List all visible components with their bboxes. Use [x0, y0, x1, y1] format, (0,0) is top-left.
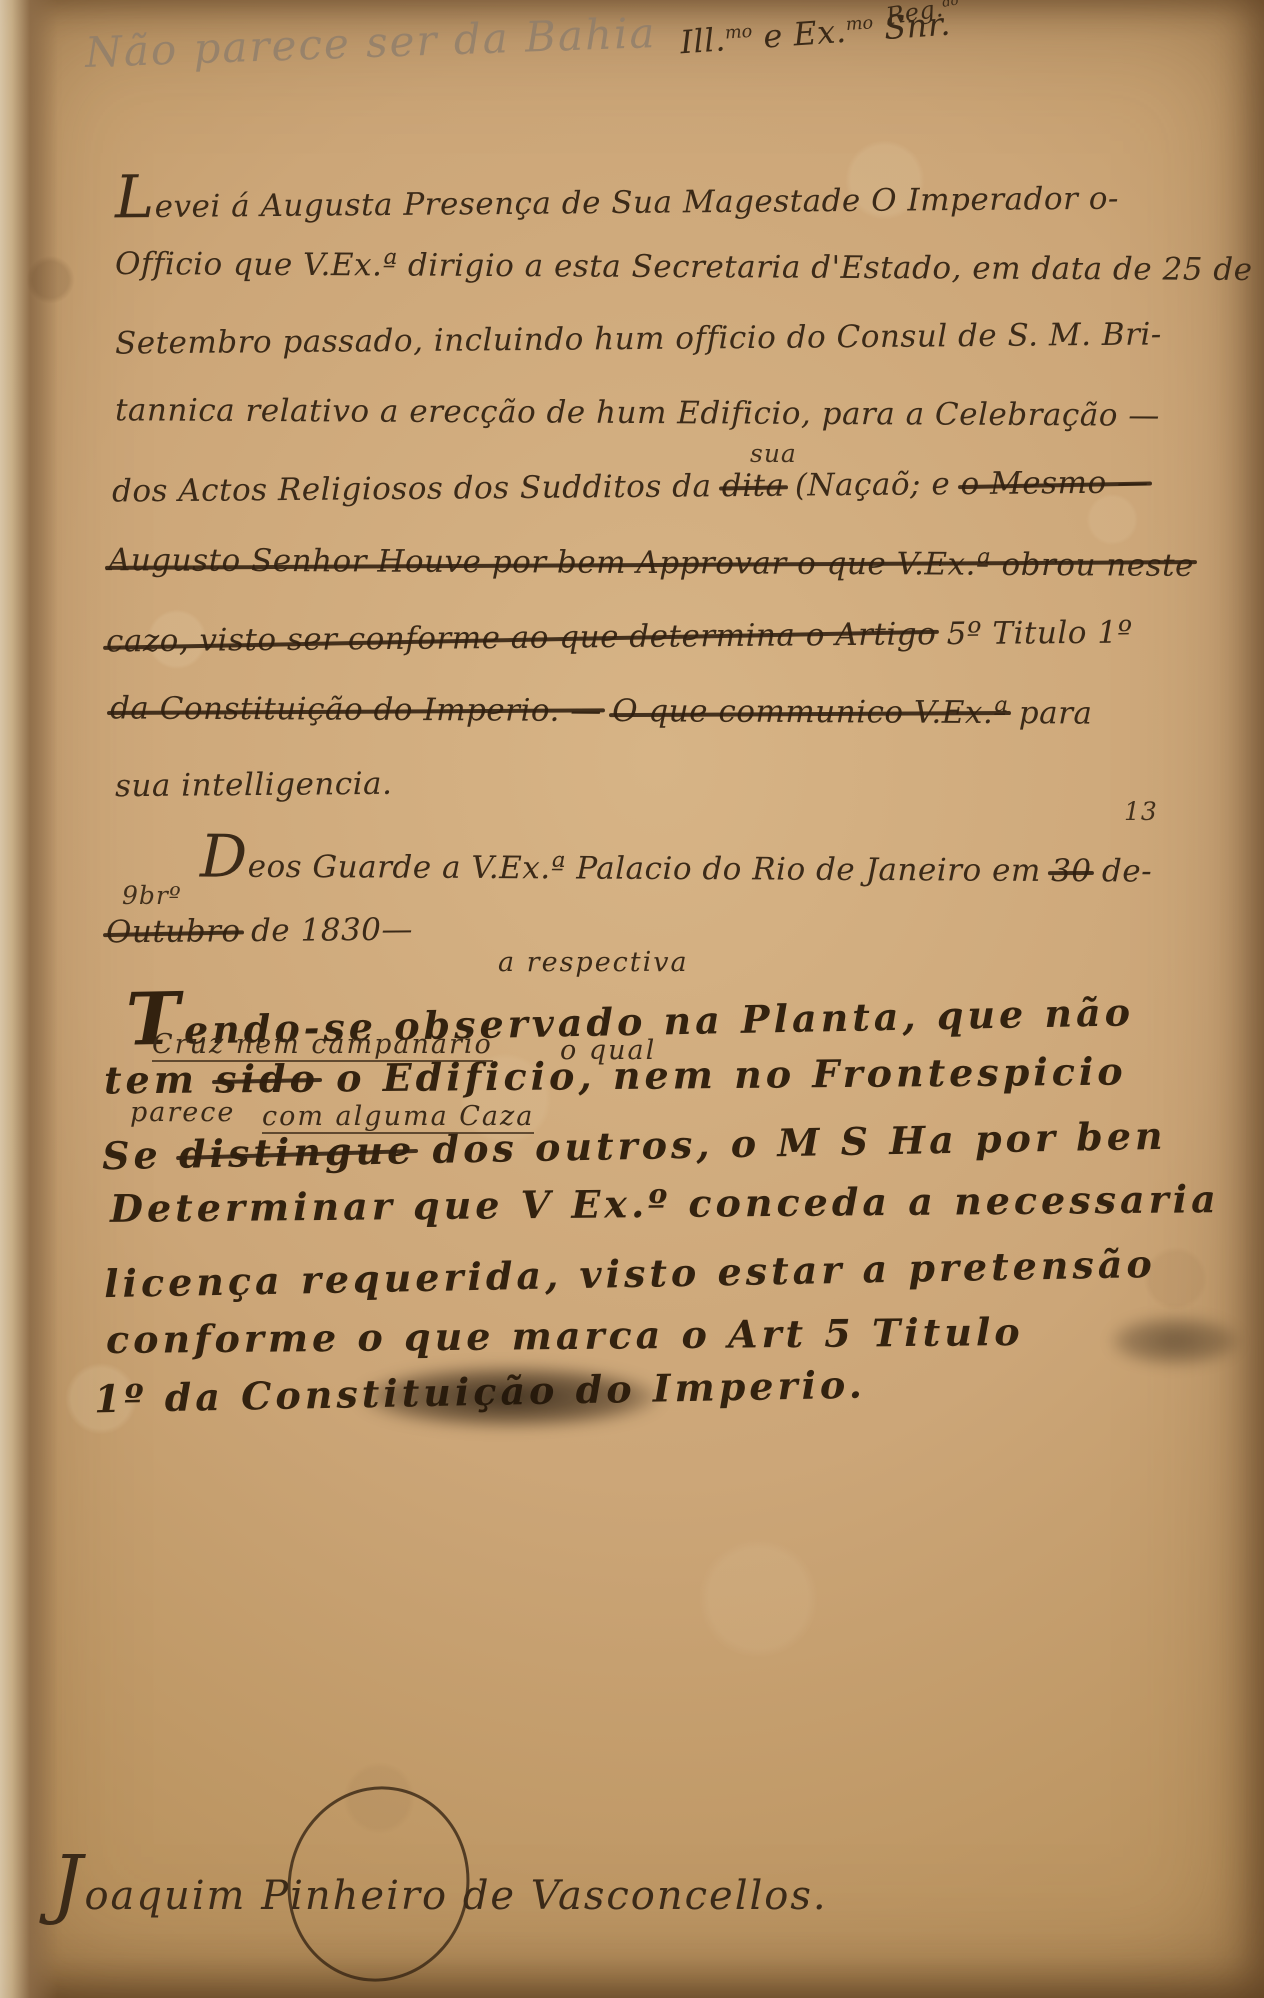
- insertion-day-13: 13: [1124, 798, 1158, 826]
- body-line-2: Officio que V.Ex.ª dirigio a esta Secret…: [115, 247, 1253, 287]
- body-line-3: Setembro passado, incluindo hum officio …: [115, 317, 1162, 360]
- insertion-parece: parece: [130, 1098, 235, 1128]
- body-line-4: tannica relativo a erecção de hum Edific…: [115, 393, 1160, 433]
- addendum-line-6: conforme o que marca o Art 5 Titulo: [106, 1312, 1024, 1360]
- body-line-1: Levei á Augusta Presença de Sua Magestad…: [115, 168, 1119, 225]
- ink-smudge-large: [360, 1366, 660, 1428]
- insertion-respectiva: a respectiva: [498, 948, 689, 978]
- body-line-5: dos Actos Religiosos dos Sudditos da dit…: [112, 465, 1149, 508]
- addendum-line-2: tem sido o Edificio, nem no Frontespicio: [104, 1052, 1127, 1101]
- manuscript-page: Não parece ser da Bahia Ill.mo e Ex.mo S…: [0, 0, 1264, 1998]
- closing-line: Deos Guarde a V.Ex.ª Palacio do Rio de J…: [200, 836, 1152, 889]
- addendum-line-4: Determinar que V Ex.º conceda a necessar…: [110, 1179, 1220, 1229]
- body-line-7-struck: cazo, visto ser conforme ao que determin…: [106, 616, 1133, 659]
- ink-smudge-small: [1110, 1316, 1240, 1366]
- body-line-8-struck: da Constituição do Imperio. — O que comm…: [110, 691, 1093, 730]
- body-line-9: sua intelligencia.: [115, 767, 393, 804]
- addendum-line-5: licença requerida, visto estar a pretens…: [104, 1244, 1156, 1304]
- insertion-month-9bro: 9brº: [122, 882, 182, 910]
- date-line: Outubro de 1830—: [106, 913, 413, 950]
- pencil-annotation: Não parece ser da Bahia: [84, 8, 657, 77]
- insertion-sua: sua: [750, 440, 797, 468]
- page-binding-edge: [0, 0, 58, 1998]
- signature: Joaquim Pinheiro de Vasconcellos.: [52, 1856, 828, 1918]
- body-line-6-struck: Augusto Senhor Houve por bem Approvar o …: [108, 543, 1194, 583]
